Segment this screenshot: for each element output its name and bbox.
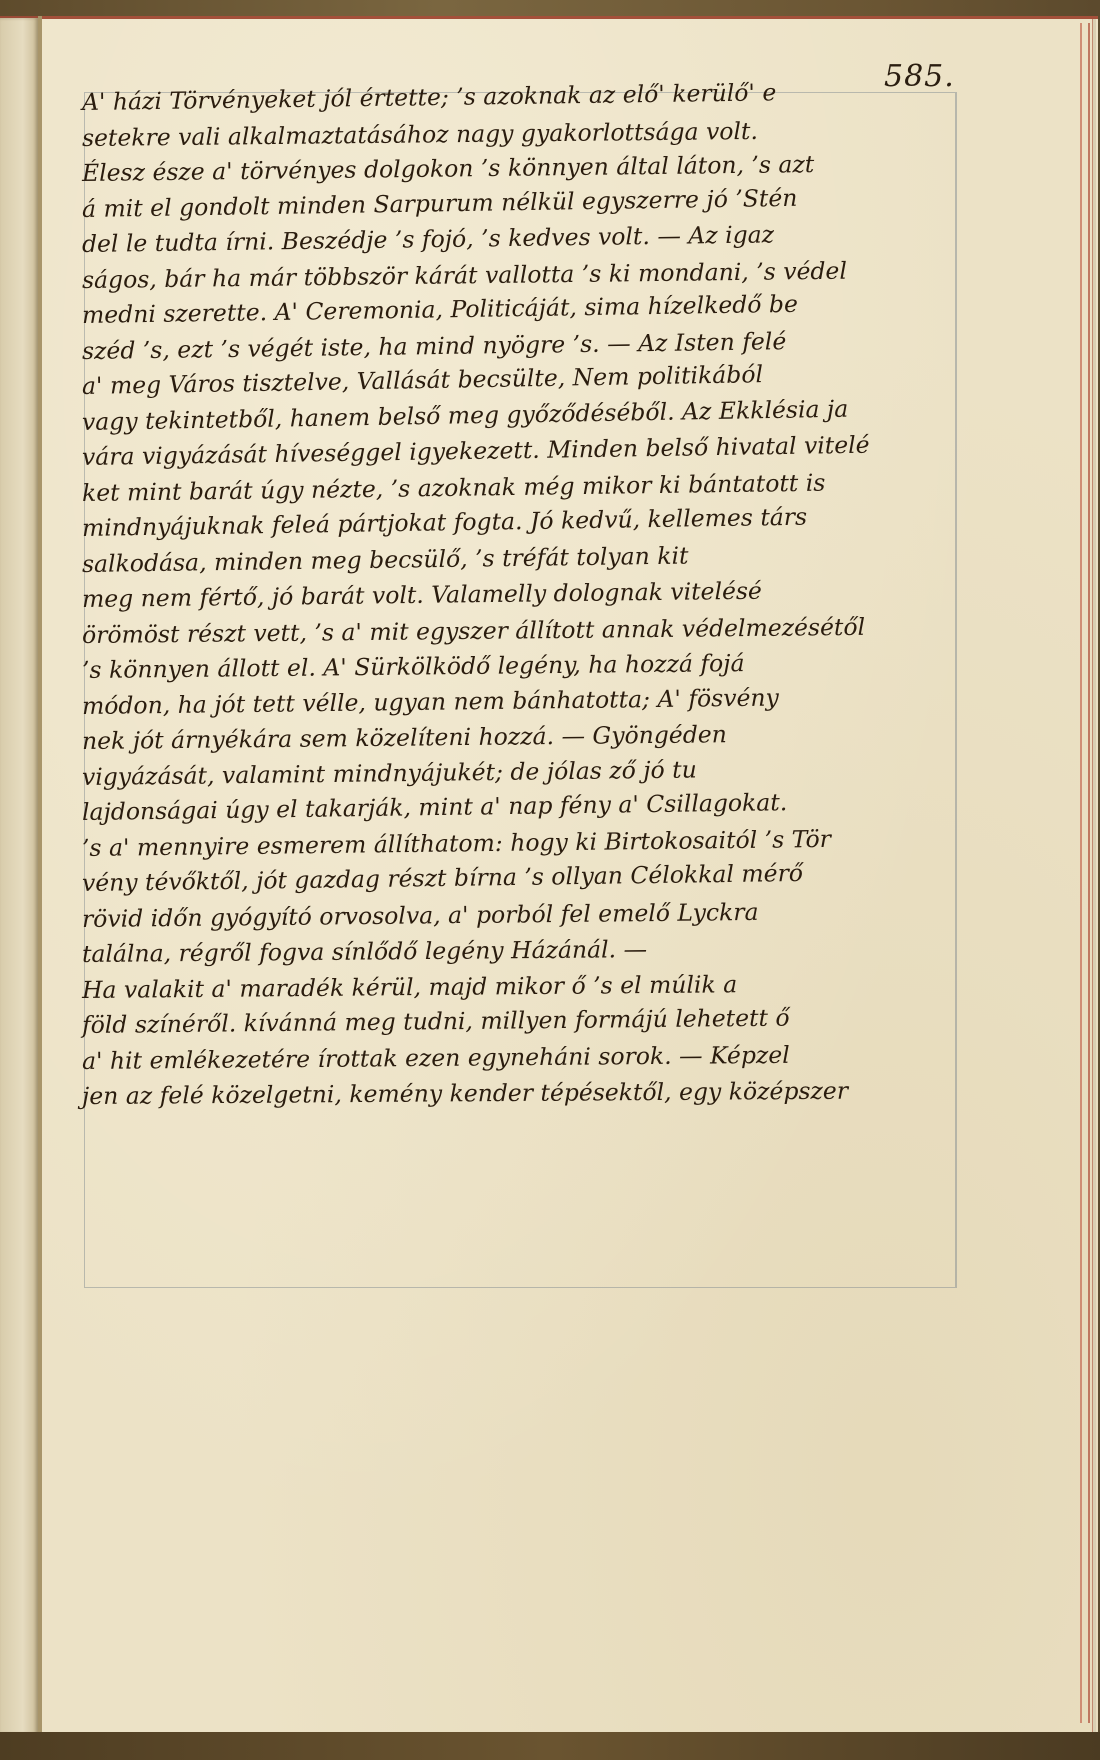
text-line: a' hit emlékezetére írottak ezen egynehá… — [82, 1036, 982, 1079]
handwritten-text-block: A' házi Törvényeket jól értette; ’s azok… — [82, 85, 982, 1115]
manuscript-scan: 585. A' házi Törvényeket jól értette; ’s… — [0, 0, 1100, 1760]
facing-page-edge — [0, 16, 38, 1734]
page-fore-edge — [1092, 19, 1096, 1735]
text-line: jen az felé közelgetni, kemény kender té… — [82, 1073, 982, 1115]
manuscript-page: 585. A' házi Törvényeket jól értette; ’s… — [42, 16, 1098, 1735]
book-bottom-edge — [0, 1732, 1100, 1760]
red-page-edge — [1080, 23, 1090, 1723]
